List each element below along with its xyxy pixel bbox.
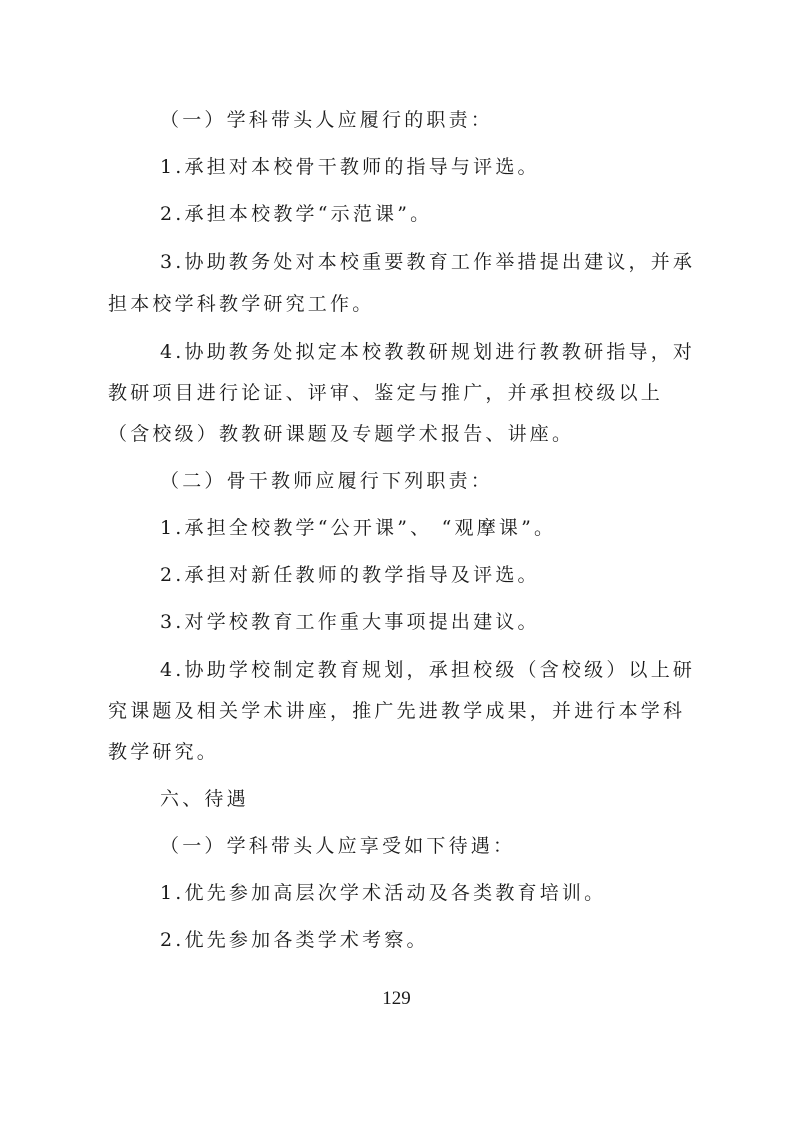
text-line: 2.优先参加各类学术考察。 [160, 928, 730, 952]
page-number: 129 [0, 988, 793, 1010]
text-line: 1.优先参加高层次学术活动及各类教育培训。 [160, 881, 730, 905]
text-line: 1.承担对本校骨干教师的指导与评选。 [160, 155, 730, 179]
text-line: 教研项目进行论证、评审、鉴定与推广，并承担校级以上 [108, 381, 678, 405]
document-page: （一）学科带头人应履行的职责：1.承担对本校骨干教师的指导与评选。2.承担本校教… [0, 0, 793, 1122]
text-line: （一）学科带头人应履行的职责： [160, 108, 730, 132]
text-line: 3.协助教务处对本校重要教育工作举措提出建议，并承 [160, 250, 730, 274]
text-line: 1.承担全校教学“公开课”、 “观摩课”。 [160, 516, 730, 540]
text-line: 究课题及相关学术讲座，推广先进教学成果，并进行本学科 [108, 699, 678, 723]
text-line: 4.协助学校制定教育规划，承担校级（含校级）以上研 [160, 658, 730, 682]
text-line: 2.承担本校教学“示范课”。 [160, 202, 730, 226]
text-line: （一）学科带头人应享受如下待遇： [160, 834, 730, 858]
text-line: （含校级）教教研课题及专题学术报告、讲座。 [108, 422, 678, 446]
text-line: 六、待遇 [160, 787, 730, 811]
text-line: 教学研究。 [108, 740, 678, 764]
text-line: 担本校学科教学研究工作。 [108, 292, 678, 316]
text-line: 2.承担对新任教师的教学指导及评选。 [160, 563, 730, 587]
text-line: 3.对学校教育工作重大事项提出建议。 [160, 610, 730, 634]
text-line: 4.协助教务处拟定本校教教研规划进行教教研指导，对 [160, 340, 730, 364]
text-line: （二）骨干教师应履行下列职责： [160, 469, 730, 493]
